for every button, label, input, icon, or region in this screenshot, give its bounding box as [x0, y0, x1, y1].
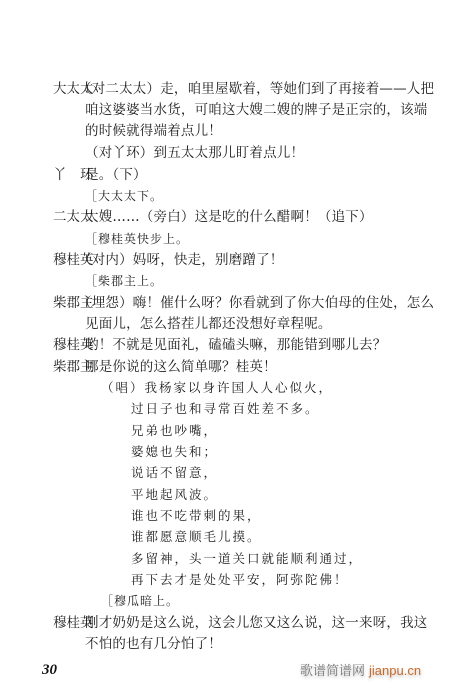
- dialogue-line: 是。（下）: [85, 166, 147, 184]
- song-lyric-line: 谁也不吃带刺的果，: [131, 507, 262, 525]
- song-lyric-line: 平地起风波。: [131, 486, 218, 504]
- song-lyric-line: 谁都愿意顺毛儿摸。: [131, 528, 262, 546]
- dialogue-line: 见面儿，怎么搭茬儿都还没想好章程呢。: [85, 315, 332, 333]
- watermark: 歌谱简谱网jianpu.cn: [300, 660, 421, 679]
- dialogue-line: （对二太太）走，咱里屋歇着，等她们到了再接着——人把: [78, 80, 434, 98]
- watermark-url: jianpu.cn: [369, 663, 421, 678]
- song-lyric-line: 过日子也和寻常百姓差不多。: [131, 400, 320, 418]
- stage-direction: ［穆桂英快步上。: [85, 230, 189, 248]
- document-page: 大太太（对二太太）走，咱里屋歇着，等她们到了再接着——人把咱这婆婆当水货，可咱这…: [0, 0, 453, 690]
- song-lyric-line: 再下去才是处处平安，阿弥陀佛！: [131, 571, 349, 589]
- song-lyric-line: 兄弟也吵嘴，: [131, 422, 218, 440]
- page-number: 30: [42, 662, 57, 679]
- dialogue-line: （对丫环）到五太太那儿盯着点儿！: [85, 144, 304, 162]
- dialogue-line: 大嫂……（旁白）这是吃的什么醋啊！（追下）: [85, 208, 373, 226]
- dialogue-line: 刚才奶奶是这么说，这会儿您又这么说，这一来呀，我这: [85, 614, 428, 632]
- stage-direction: ［柴郡主上。: [85, 272, 163, 290]
- song-lyric-line: 多留神，头一道关口就能顺利通过，: [131, 550, 363, 568]
- dialogue-line: （对内）妈呀，快走，别磨蹭了！: [78, 251, 284, 269]
- dialogue-line: 哟！不就是见面礼，磕磕头嘛，那能错到哪儿去？: [85, 336, 386, 354]
- watermark-cn: 歌谱简谱网: [300, 664, 365, 679]
- dialogue-line: （埋怨）嗨！催什么呀？你看就到了你大伯母的住处，怎么: [78, 294, 434, 312]
- song-lyric-line: 说话不留意，: [131, 464, 218, 482]
- song-lyric-line: 婆媳也失和；: [131, 443, 218, 461]
- dialogue-line: 咱这婆婆当水货，可咱这大嫂二嫂的牌子是正宗的，该端: [85, 101, 428, 119]
- stage-direction: ［大太太下。: [85, 187, 163, 205]
- dialogue-line: 哪是你说的这么简单哪？桂英！: [85, 358, 277, 376]
- stage-direction: ［穆瓜暗上。: [101, 592, 179, 610]
- dialogue-line: 不怕的也有几分怕了！: [85, 635, 222, 653]
- dialogue-line: 的时候就得端着点儿！: [85, 122, 222, 140]
- song-lyric-line: （唱）我杨家以身许国人人心似火，: [101, 379, 333, 397]
